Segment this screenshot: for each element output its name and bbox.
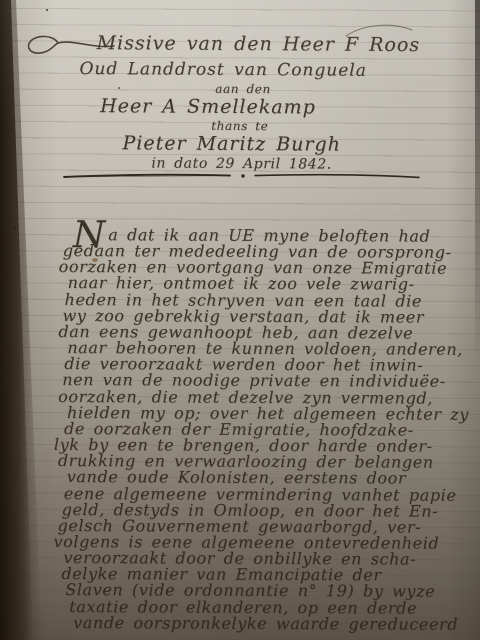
- foxing-speck: [13, 227, 16, 230]
- manuscript-photo: Missive van den Heer F Roos Oud Landdros…: [0, 0, 480, 640]
- foxing-speck: [46, 9, 48, 11]
- foxing-speck: [7, 467, 9, 470]
- header-line-place: Pieter Maritz Burgh: [0, 132, 480, 157]
- section-divider: [62, 170, 422, 182]
- header-line-office: Oud Landdrost van Conguela: [0, 57, 480, 84]
- header-block: Missive van den Heer F Roos Oud Landdros…: [0, 30, 480, 176]
- manuscript-line: vande oorspronkelyke waarde gereduceerd: [73, 615, 480, 633]
- header-line-recipient: Heer A Smellekamp: [0, 95, 480, 121]
- header-line-title: Missive van den Heer F Roos: [0, 30, 480, 60]
- letter-body: Na dat ik aan UE myne beloften had gedaa…: [51, 227, 480, 633]
